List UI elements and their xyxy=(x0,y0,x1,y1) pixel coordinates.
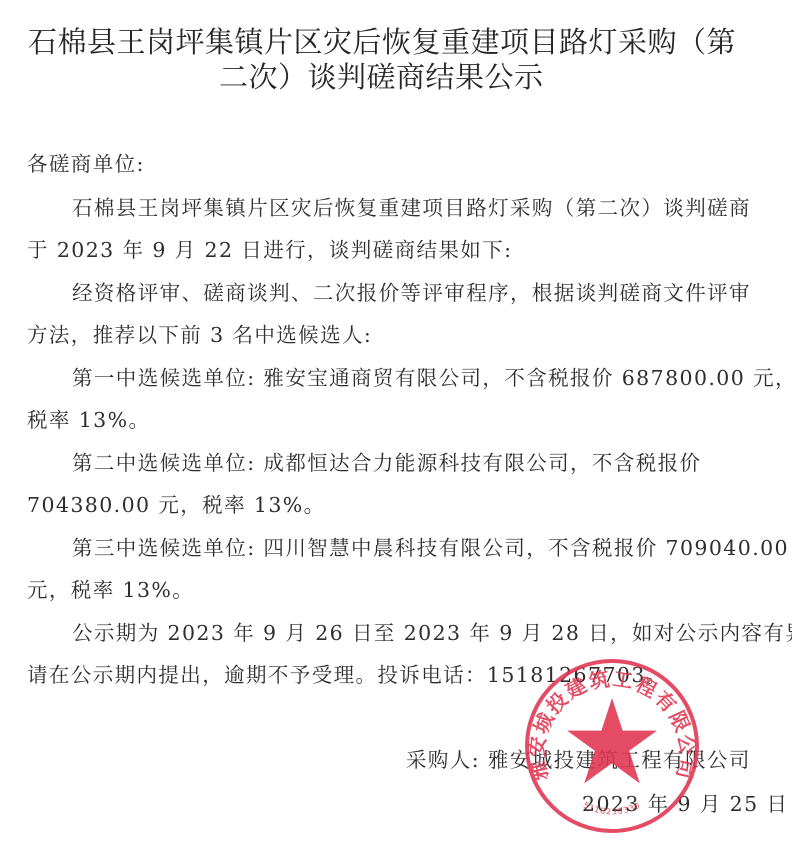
review-paragraph-line-2: 方法，推荐以下前 3 名中选候选人: xyxy=(27,318,372,348)
candidate-1-line-2: 税率 13%。 xyxy=(27,403,150,433)
intro-paragraph-line-1: 石棉县王岗坪集镇片区灾后恢复重建项目路灯采购（第二次）谈判磋商 xyxy=(72,191,751,221)
candidate-3-line-2: 元，税率 13%。 xyxy=(27,573,194,603)
announcement-page: 石棉县王岗坪集镇片区灾后恢复重建项目路灯采购（第 二次）谈判磋商结果公示 各磋商… xyxy=(0,0,792,848)
review-paragraph-line-1: 经资格评审、磋商谈判、二次报价等评审程序，根据谈判磋商文件评审 xyxy=(72,276,751,306)
document-date: 2023 年 9 月 25 日 xyxy=(582,787,788,817)
candidate-1-line-1: 第一中选候选单位: 雅安宝通商贸有限公司，不含税报价 687800.00 元， xyxy=(72,361,792,391)
candidate-3-line-1: 第三中选候选单位: 四川智慧中晨科技有限公司，不含税报价 709040.00 xyxy=(72,531,789,561)
salutation: 各磋商单位: xyxy=(27,147,145,177)
publicity-period-line-1: 公示期为 2023 年 9 月 26 日至 2023 年 9 月 28 日，如对… xyxy=(72,616,792,646)
purchaser-signature: 采购人: 雅安城投建筑工程有限公司 xyxy=(406,743,751,773)
document-title-line-2: 二次）谈判磋商结果公示 xyxy=(219,55,544,96)
candidate-2-line-2: 704380.00 元，税率 13%。 xyxy=(27,488,326,518)
candidate-2-line-1: 第二中选候选单位: 成都恒达合力能源科技有限公司，不含税报价 xyxy=(72,446,701,476)
intro-paragraph-line-2: 于 2023 年 9 月 22 日进行，谈判磋商结果如下: xyxy=(27,233,512,263)
publicity-period-line-2: 请在公示期内提出，逾期不予受理。投诉电话：15181267703。 xyxy=(27,658,668,688)
